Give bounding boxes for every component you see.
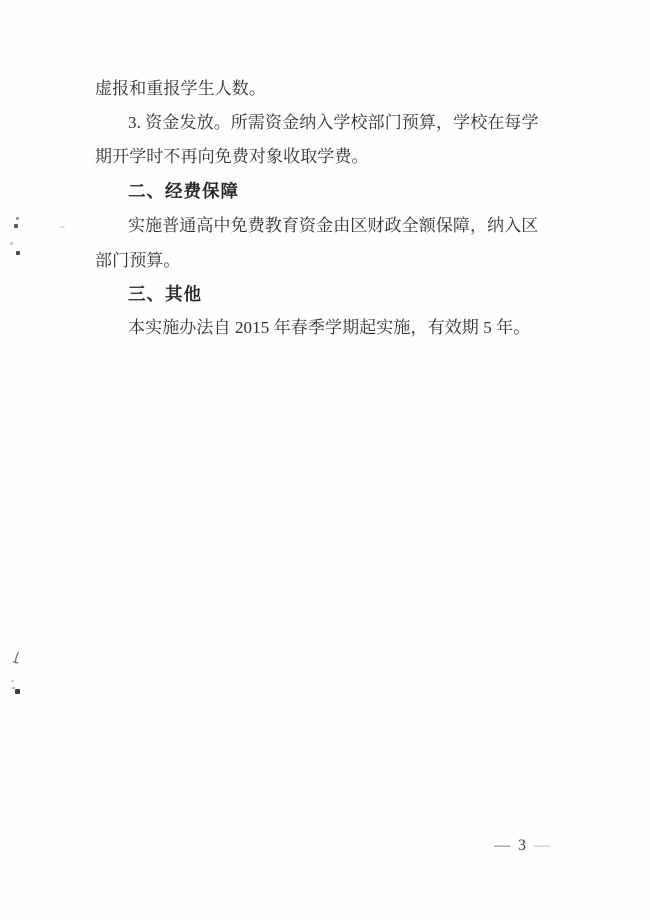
scan-speck — [11, 680, 14, 682]
ink-tick-mark — [11, 651, 21, 667]
body-line: 部门预算。 — [95, 249, 181, 272]
page-number-dash-left: — — [494, 837, 518, 854]
scan-speck — [10, 242, 13, 245]
page-number-dash-right: — — [526, 837, 550, 854]
document-page: 虚报和重报学生人数。 3. 资金发放。所需资金纳入学校部门预算，学校在每学 期开… — [0, 0, 650, 920]
body-line: 期开学时不再向免费对象收取学费。 — [95, 145, 369, 168]
scan-speck — [16, 217, 19, 220]
body-line: 本实施办法自 2015 年春季学期起实施，有效期 5 年。 — [128, 316, 530, 339]
body-line: 虚报和重报学生人数。 — [95, 77, 266, 100]
page-number-value: 3 — [518, 837, 526, 854]
body-line: 3. 资金发放。所需资金纳入学校部门预算，学校在每学 — [128, 111, 539, 134]
scan-speck — [16, 251, 20, 255]
section-heading-2: 二、经费保障 — [128, 180, 239, 203]
scan-speck — [14, 224, 18, 228]
scan-speck — [60, 226, 65, 228]
scan-speck — [15, 689, 20, 694]
section-heading-3: 三、其他 — [128, 283, 202, 306]
page-number: —3— — [494, 837, 550, 855]
body-line: 实施普通高中免费教育资金由区财政全额保障，纳入区 — [128, 214, 538, 237]
